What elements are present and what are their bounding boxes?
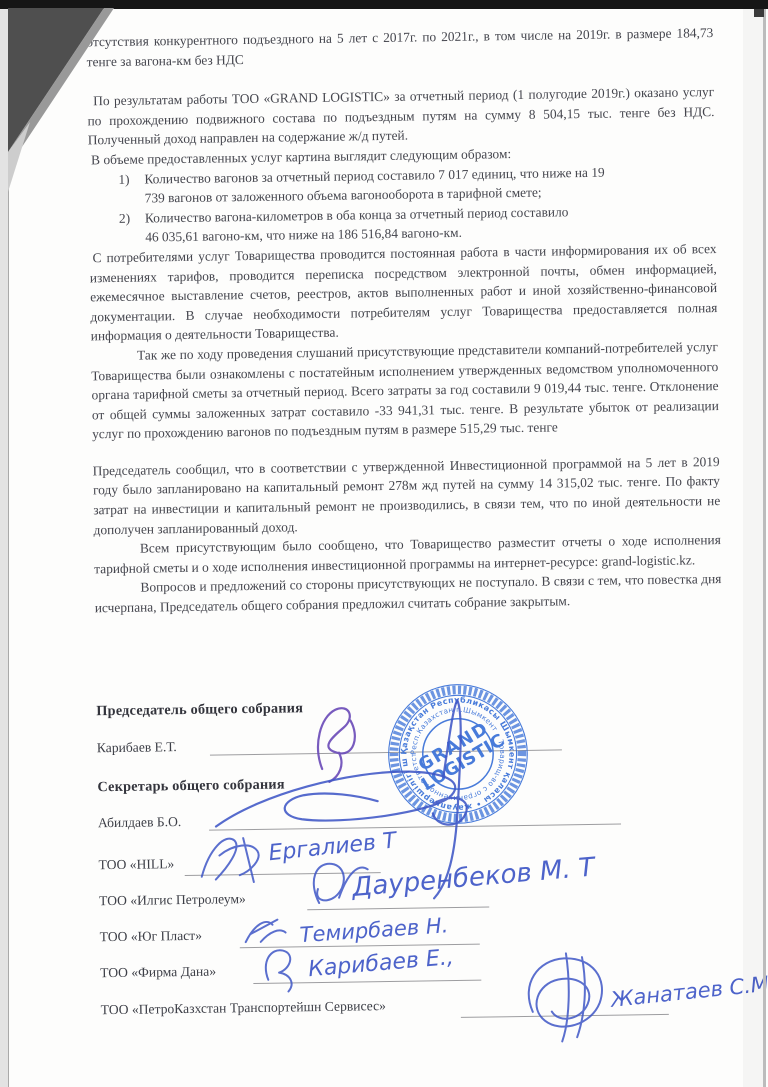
page-content: отсутствия конкурентного подъездного на … <box>0 0 768 1087</box>
company-stamp: Қазақстан Республикасы Шымкент қаласы • … <box>384 680 532 828</box>
scan-edge-right <box>763 9 766 1087</box>
signature-line <box>307 906 489 910</box>
list-number: 1) <box>118 169 145 209</box>
company-label-firma-dana: ТОО «Фирма Дана» <box>100 964 216 982</box>
paragraph-closing: Вопросов и предложений со стороны присут… <box>94 569 722 617</box>
firma-dana-signature-stroke <box>266 950 292 992</box>
scanned-page: отсутствия конкурентного подъездного на … <box>0 0 768 1087</box>
chairman-signature-stroke <box>317 708 355 782</box>
paragraph-hearings: Так же по ходу проведения слушаний прису… <box>91 337 719 444</box>
scan-edge-top <box>0 0 768 9</box>
scan-edge-right-shade <box>743 9 763 1087</box>
company-label-hill: ТОО «HILL» <box>98 856 174 873</box>
secretary-role-label: Секретарь общего собрания <box>97 777 285 797</box>
signature-line <box>253 980 481 984</box>
handwritten-name-firma-dana: Карибаев Е., <box>307 945 454 982</box>
chairman-name: Карибаев Е.Т. <box>97 739 177 756</box>
paragraph-results: По результатам работы ТОО «GRAND LOGISTI… <box>87 82 715 150</box>
hill-signature-stroke <box>201 838 259 883</box>
handwritten-name-yug-plast: Темирбаев Н. <box>299 913 449 947</box>
signature-line <box>461 1014 669 1018</box>
company-label-ilgis: ТОО «Илгис Петролеум» <box>99 891 246 909</box>
handwritten-name-ilgis: Дауренбеков М. Т <box>351 852 596 902</box>
document-body: отсутствия конкурентного подъездного на … <box>86 23 722 618</box>
company-label-yug-plast: ТОО «Юг Пласт» <box>100 928 203 946</box>
petrokazakhstan-signature-stroke <box>528 953 603 1042</box>
handwritten-name-hill: Ергалиев Т <box>267 828 397 866</box>
yug-plast-signature-stroke <box>245 920 285 943</box>
paragraph-intro: отсутствия конкурентного подъездного на … <box>86 23 714 71</box>
secretary-name: Абилдаев Б.О. <box>98 814 182 831</box>
chairman-role-label: Председатель общего собрания <box>96 700 303 720</box>
company-label-petrokazakhstan: ТОО «ПетроКазхстан Транспортейшн Сервисе… <box>101 998 386 1018</box>
paragraph-consumers: С потребителями услуг Товарищества прово… <box>89 239 717 346</box>
list-number: 2) <box>119 208 146 248</box>
paragraph-chairman-report: Председатель сообщил, что в соответствии… <box>93 452 721 540</box>
scan-edge-left <box>0 9 9 1087</box>
